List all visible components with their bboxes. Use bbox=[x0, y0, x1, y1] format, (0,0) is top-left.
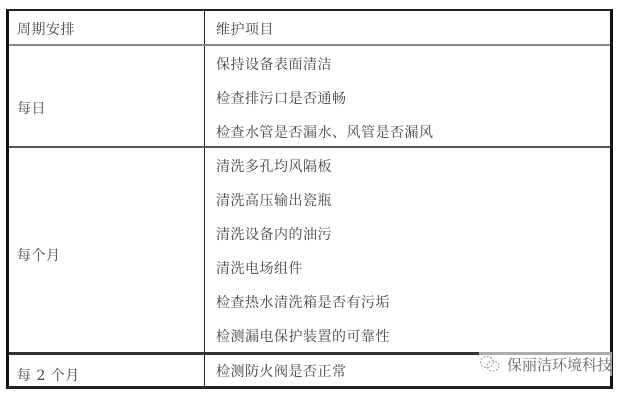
list-item: 检查排污口是否通畅 bbox=[216, 82, 434, 116]
table-row-daily: 每日 保持设备表面清洁 检查排污口是否通畅 检查水管是否漏水、风管是否漏风 bbox=[9, 46, 610, 148]
watermark-text: 保丽洁环境科技 bbox=[507, 354, 612, 375]
list-item: 清洗设备内的油污 bbox=[216, 218, 390, 252]
schedule-cell: 每个月 bbox=[9, 148, 205, 352]
schedule-cell: 每日 bbox=[9, 46, 205, 146]
items-list: 检测防火阀是否正常 bbox=[216, 355, 347, 389]
list-item: 保持设备表面清洁 bbox=[216, 48, 434, 82]
header-cell-items: 维护项目 bbox=[205, 11, 610, 44]
wechat-icon bbox=[479, 355, 501, 373]
items-cell: 保持设备表面清洁 检查排污口是否通畅 检查水管是否漏水、风管是否漏风 bbox=[205, 46, 610, 146]
header-schedule-label: 周期安排 bbox=[17, 19, 75, 39]
list-item: 检查水管是否漏水、风管是否漏风 bbox=[216, 116, 434, 150]
list-item: 清洗多孔均风隔板 bbox=[216, 150, 390, 184]
list-item: 清洗高压输出瓷瓶 bbox=[216, 184, 390, 218]
watermark: 保丽洁环境科技 bbox=[479, 352, 612, 376]
list-item: 清洗电场组件 bbox=[216, 252, 390, 286]
items-list: 保持设备表面清洁 检查排污口是否通畅 检查水管是否漏水、风管是否漏风 bbox=[216, 48, 434, 150]
schedule-label: 每 2 个月 bbox=[17, 365, 80, 385]
maintenance-schedule-table: 周期安排 维护项目 每日 保持设备表面清洁 检查排污口是否通畅 检查水管是否漏水… bbox=[6, 9, 613, 389]
list-item: 检查热水清洗箱是否有污垢 bbox=[216, 286, 390, 320]
items-list: 清洗多孔均风隔板 清洗高压输出瓷瓶 清洗设备内的油污 清洗电场组件 检查热水清洗… bbox=[216, 150, 390, 354]
header-items-label: 维护项目 bbox=[216, 19, 274, 39]
table-header-row: 周期安排 维护项目 bbox=[9, 11, 610, 46]
list-item: 检测漏电保护装置的可靠性 bbox=[216, 320, 390, 354]
header-cell-schedule: 周期安排 bbox=[9, 11, 205, 44]
schedule-cell: 每 2 个月 bbox=[9, 355, 205, 388]
schedule-label: 每日 bbox=[17, 98, 46, 118]
table-row-monthly: 每个月 清洗多孔均风隔板 清洗高压输出瓷瓶 清洗设备内的油污 清洗电场组件 检查… bbox=[9, 148, 610, 355]
items-cell: 清洗多孔均风隔板 清洗高压输出瓷瓶 清洗设备内的油污 清洗电场组件 检查热水清洗… bbox=[205, 148, 610, 352]
schedule-label: 每个月 bbox=[17, 245, 61, 265]
list-item: 检测防火阀是否正常 bbox=[216, 355, 347, 389]
